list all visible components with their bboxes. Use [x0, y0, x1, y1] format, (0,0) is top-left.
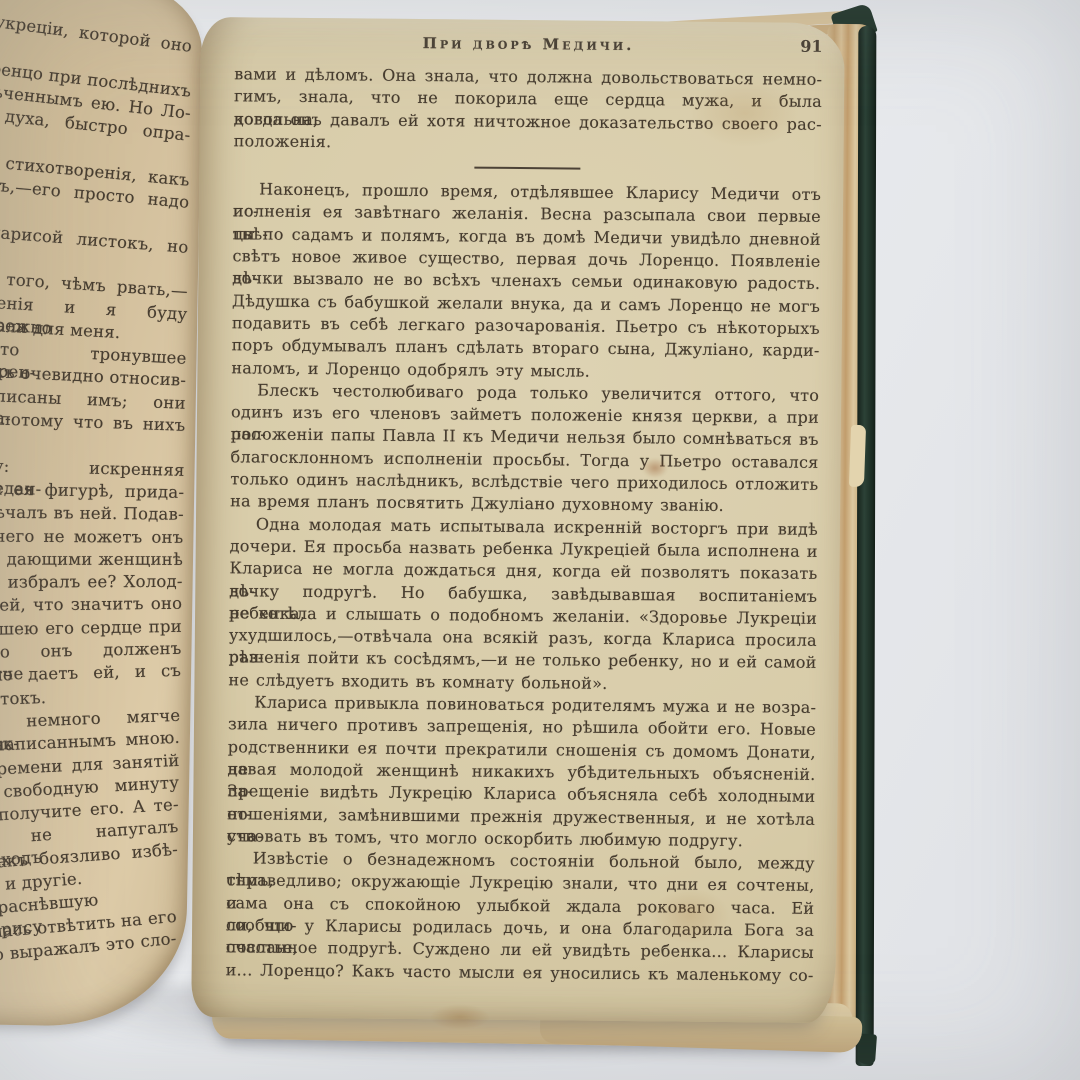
left-page-text-line: Отчего не можетъ онъ — [0, 525, 183, 549]
foxing-stain — [650, 888, 730, 944]
left-page-text-line: ъ ней, что значитъ оно — [0, 593, 182, 617]
page-header: При дворѣ Медичи. 91 — [234, 31, 822, 56]
left-page-text-line: ми, дающими женщинѣ — [0, 548, 183, 571]
left-page-text: Лукреціи, которой онооренцо при послѣдни… — [0, 32, 192, 950]
left-page-text-line: ену: искренняя предан- — [0, 455, 185, 482]
running-title: При дворѣ Медичи. — [294, 33, 762, 55]
page-number: 91 — [762, 36, 822, 56]
left-page-text-line: кто избралъ ее? Холод- — [0, 571, 183, 594]
page-body-text: вами и дѣломъ. Она знала, что должна дов… — [226, 63, 823, 986]
foxing-stain — [430, 1004, 490, 1030]
book-photo: Лукреціи, которой онооренцо при послѣдни… — [0, 0, 1080, 1080]
header-spacer — [235, 46, 295, 47]
right-page: При дворѣ Медичи. 91 вами и дѣломъ. Она … — [191, 17, 845, 1023]
left-page-text-line: амѣчалъ въ ней. Подав- — [0, 502, 184, 527]
torn-page-edge — [849, 425, 866, 487]
foxing-stain — [690, 78, 800, 148]
book-cover-spine — [856, 26, 877, 1066]
left-page-text-line — [0, 431, 185, 459]
separator-rule — [474, 167, 580, 170]
left-page-text-line: сей ея фигурѣ, прида- — [0, 478, 184, 504]
left-page: Лукреціи, которой онооренцо при послѣдни… — [0, 0, 203, 1028]
left-page-text-line: завшею его сердце при — [0, 616, 182, 641]
foxing-stain — [642, 458, 668, 478]
